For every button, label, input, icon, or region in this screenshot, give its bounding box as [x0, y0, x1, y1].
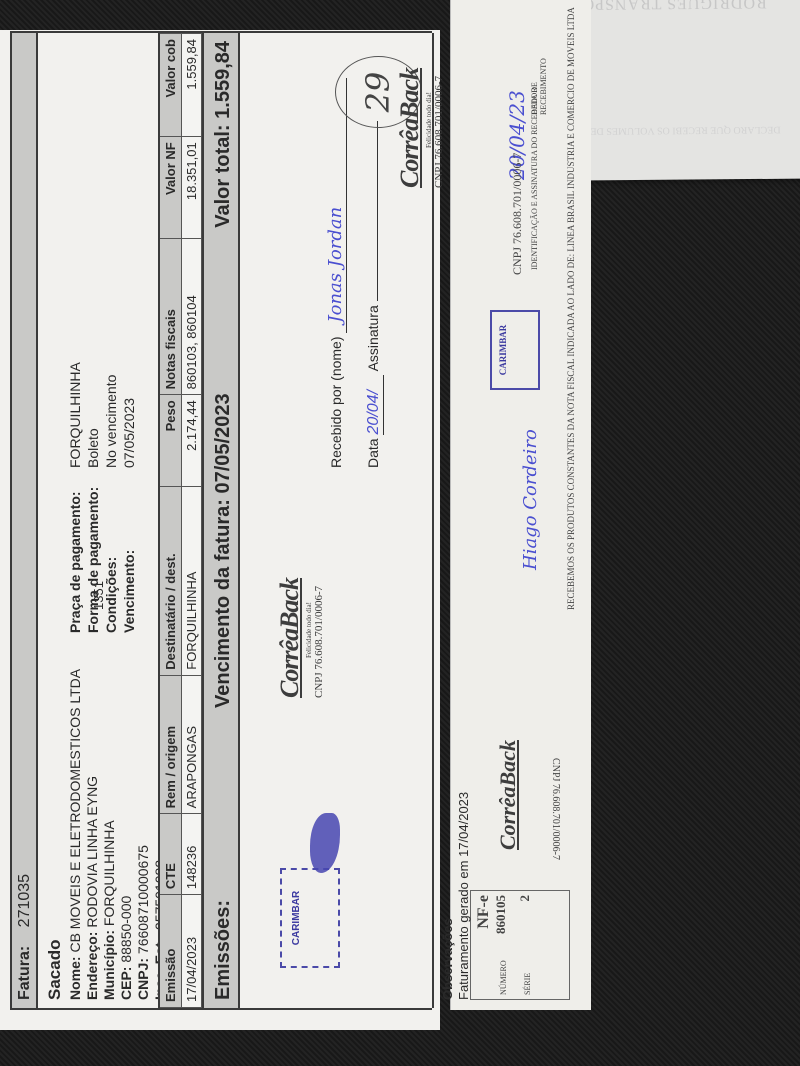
- slip-logo-cnpj: CNPJ 76.608.701/0006-7: [550, 758, 561, 860]
- fatura-number: 271035: [16, 874, 33, 927]
- slip-identificacao-label: IDENTIFICAÇÃO E ASSINATURA DO RECEBEDOR: [530, 87, 539, 270]
- fatura-label: Fatura:: [16, 946, 33, 1000]
- cell-valor-cob: 1.559,84: [182, 34, 202, 137]
- divider: [432, 33, 434, 1008]
- cell-destinatario: FORQUILHINHA: [182, 486, 202, 675]
- slip-signature: Hiago Cordeiro: [520, 429, 541, 570]
- company-logo: CorrêaBack Felicidade todo dia! CNPJ 76.…: [275, 578, 325, 698]
- nfe-numero: 860105: [493, 895, 509, 934]
- recebido-por: Recebido por (nome) Jonas Jordan: [325, 78, 347, 468]
- recebido-label: Recebido por (nome): [328, 336, 344, 468]
- condicoes: Condições:No vencimento: [102, 133, 120, 633]
- observacoes-text: Faturamento gerado em 17/04/2023: [456, 792, 471, 1000]
- receipt-section: CARIMBAR CorrêaBack Felicidade todo dia!…: [240, 33, 425, 1008]
- sacado-municipio: Município: FORQUILHINHA: [101, 600, 118, 1000]
- data-assinatura: Data 20/04/ Assinatura: [365, 121, 384, 468]
- cell-peso: 2.174,44: [182, 395, 202, 486]
- sacado-cnpj: CNPJ: 76608710000675: [135, 600, 152, 1000]
- slip-cnpj: CNPJ 76.608.701/0006-7: [510, 153, 525, 275]
- slip-header: RECEBEMOS OS PRODUTOS CONSTANTES DA NOTA…: [566, 7, 576, 610]
- col-destinatario: Destinatário / dest.: [159, 486, 182, 675]
- invoice-document: Fatura: 271035 Sacado Nome: CB MOVEIS E …: [0, 30, 440, 1030]
- nfe-serie: 2: [517, 895, 533, 902]
- col-valor-nf: Valor NF: [159, 137, 182, 239]
- cell-cte: 148236: [182, 814, 202, 895]
- assinatura-label: Assinatura: [365, 305, 381, 371]
- slip-logo: CorrêaBack: [495, 740, 521, 850]
- vencimento-fatura: Vencimento da fatura: 07/05/2023: [204, 393, 242, 708]
- observacoes: Observações Faturamento gerado em 17/04/…: [440, 792, 472, 1000]
- recebido-name-field[interactable]: Jonas Jordan: [325, 78, 347, 333]
- vencimento: Vencimento:07/05/2023: [120, 133, 138, 633]
- sacado-section: Sacado Nome: CB MOVEIS E ELETRODOMESTICO…: [46, 600, 169, 1000]
- col-cte: CTE: [159, 814, 182, 895]
- pagamento-section: Praça de pagamento:FORQUILHINHA Forma de…: [66, 133, 138, 633]
- sacado-endereco: Endereço: RODOVIA LINHA EYNG: [84, 600, 101, 1000]
- col-emissao: Emissão: [159, 895, 182, 1008]
- col-notas-fiscais: Notas fiscais: [159, 239, 182, 395]
- col-rem-origem: Rem / origem: [159, 675, 182, 814]
- cell-notas-fiscais: 860103, 860104: [182, 239, 202, 395]
- sacado-nome: Nome: CB MOVEIS E ELETRODOMESTICOS LTDA: [67, 600, 84, 1000]
- summary-bar: Emissões: Vencimento da fatura: 07/05/20…: [202, 33, 240, 1008]
- nfe-numero-label: NÚMERO: [499, 960, 508, 995]
- assinatura-field[interactable]: [377, 121, 378, 301]
- logo-tagline: Felicidade todo dia!: [305, 578, 313, 658]
- logo-cnpj-2: CNPJ 76.608.701/0006-7: [433, 68, 445, 188]
- logo-cnpj: CNPJ 76.608.701/0006-7: [313, 578, 325, 698]
- nfe-title: NF-e: [475, 895, 493, 995]
- valor-total: Valor total: 1.559,84: [204, 41, 242, 228]
- nfe-box: NF-e NÚMERO860105 SÉRIE2: [470, 890, 570, 1000]
- data-label: Data: [365, 438, 381, 468]
- cell-emissao: 17/04/2023: [182, 895, 202, 1008]
- table-row: 17/04/2023 148236 ARAPONGAS FORQUILHINHA…: [182, 34, 202, 1008]
- sacado-cep: CEP: 88850-000: [118, 600, 135, 1000]
- sacado-title: Sacado: [46, 600, 63, 1000]
- logo-brand-2: CorrêaBack: [395, 68, 424, 188]
- cell-valor-nf: 18.351,01: [182, 137, 202, 239]
- table-header-row: Emissão CTE Rem / origem Destinatário / …: [159, 34, 182, 1008]
- col-peso: Peso: [159, 395, 182, 486]
- nfe-serie-label: SÉRIE: [523, 973, 532, 995]
- slip-stamp: CARIMBAR: [490, 310, 540, 390]
- forma-pagamento: Forma de pagamento:Boleto: [84, 133, 102, 633]
- praca-pagamento: Praça de pagamento:FORQUILHINHA: [66, 133, 84, 633]
- emissoes-table: Emissão CTE Rem / origem Destinatário / …: [158, 33, 202, 1008]
- stamp: CARIMBAR: [280, 868, 340, 968]
- col-valor-cob: Valor cob: [159, 34, 182, 137]
- data-field[interactable]: 20/04/: [365, 375, 384, 435]
- company-logo-2: CorrêaBack Felicidade todo dia! CNPJ 76.…: [395, 68, 445, 188]
- cell-rem-origem: ARAPONGAS: [182, 675, 202, 814]
- fatura-header: Fatura: 271035: [12, 33, 38, 1008]
- logo-brand: CorrêaBack: [275, 578, 304, 698]
- stamp-ink-blot: [310, 813, 340, 873]
- emissoes-label: Emissões:: [212, 900, 234, 1000]
- observacoes-title: Observações: [440, 918, 455, 1000]
- invoice-frame: Fatura: 271035 Sacado Nome: CB MOVEIS E …: [10, 31, 432, 1010]
